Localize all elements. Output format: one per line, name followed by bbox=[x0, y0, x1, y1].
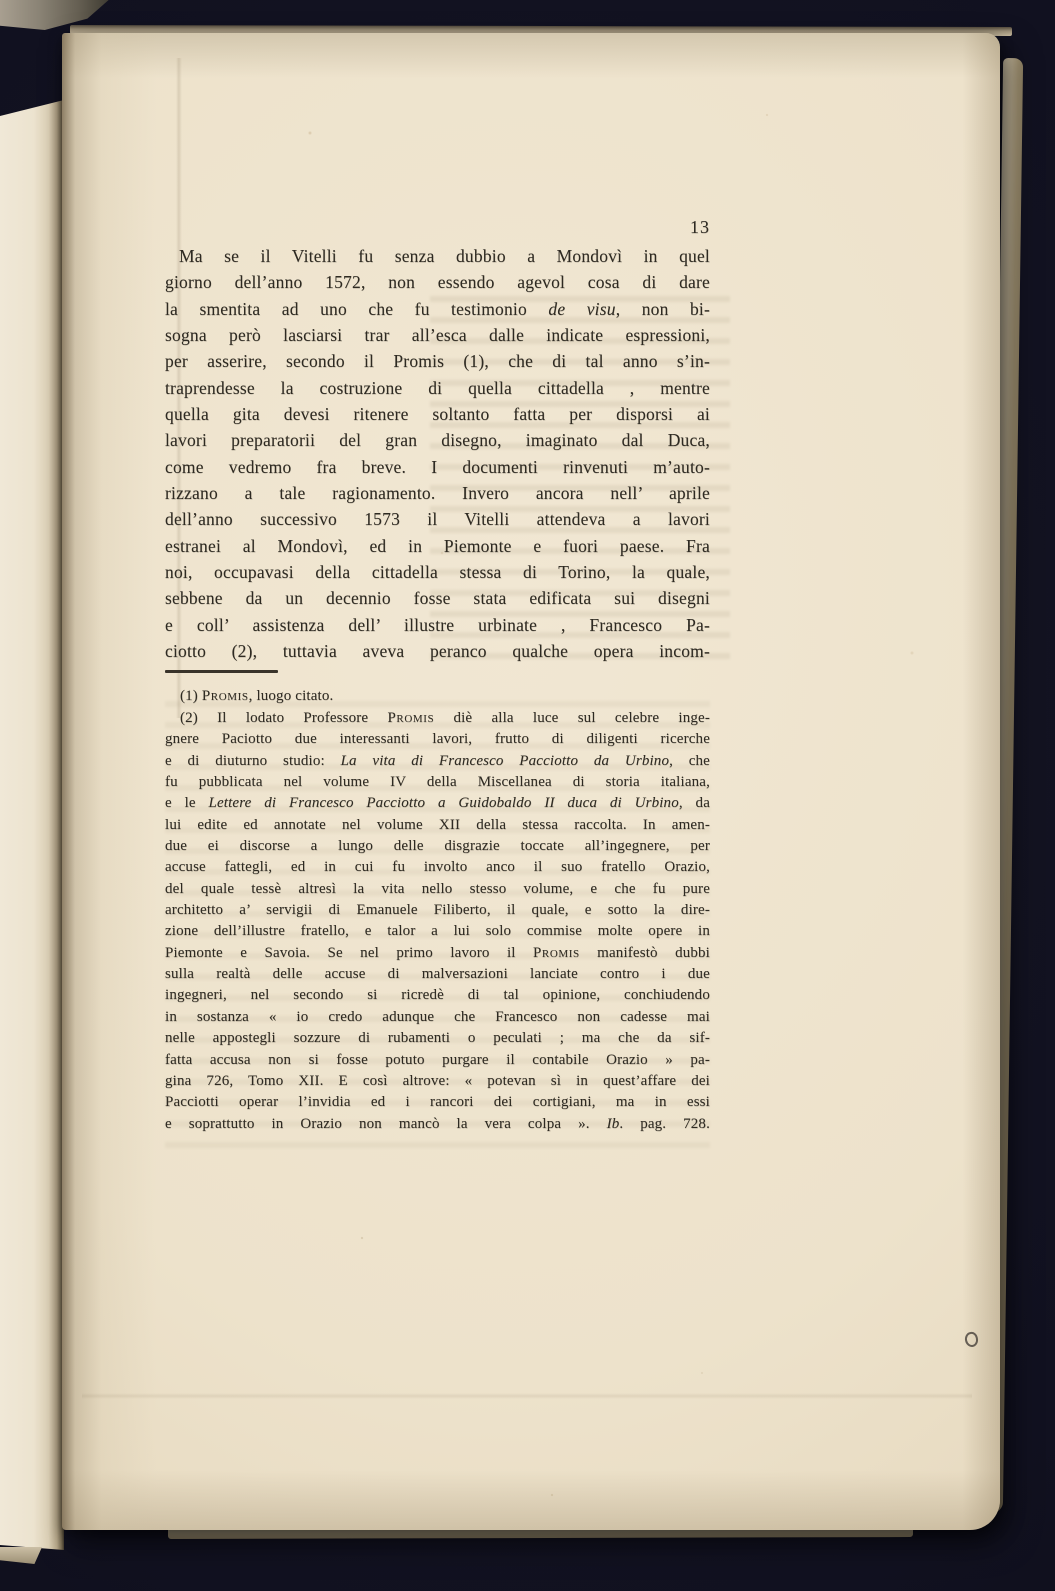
text-segment: per asserire, secondo il Promis (1), che… bbox=[165, 351, 710, 371]
text-segment: (2) Il lodato Professore bbox=[180, 710, 387, 726]
previous-page-bottom-edge bbox=[0, 1547, 42, 1564]
text-line: (2) Il lodato Professore Promis diè alla… bbox=[165, 708, 710, 729]
text-segment: ingegneri, nel secondo si ricredè di tal… bbox=[165, 987, 710, 1003]
text-segment: traprendesse la costruzione di quella ci… bbox=[165, 378, 710, 398]
text-line: come vedremo fra breve. I documenti rinv… bbox=[165, 454, 710, 480]
text-line: fatta accusa non si fosse potuto purgare… bbox=[165, 1050, 710, 1071]
text-line: Piemonte e Savoia. Se nel primo lavoro i… bbox=[165, 943, 710, 964]
text-segment: , da bbox=[679, 795, 710, 811]
text-line: del quale tessè altresì la vita nello st… bbox=[165, 879, 710, 900]
text-segment: gnere Paciotto due interessanti lavori, … bbox=[165, 731, 710, 747]
text-segment: Piemonte e Savoia. Se nel primo lavoro i… bbox=[165, 945, 533, 961]
text-line: Pacciotti operar l’invidia ed i rancori … bbox=[165, 1092, 710, 1113]
text-line: sebbene da un decennio fosse stata edifi… bbox=[165, 585, 710, 611]
text-segment: , che bbox=[669, 753, 710, 769]
footnote-separator bbox=[165, 670, 278, 673]
text-segment: sebbene da un decennio fosse stata edifi… bbox=[165, 588, 710, 608]
text-segment: come vedremo fra breve. I documenti rinv… bbox=[165, 457, 710, 477]
text-line: nelle appostegli sozzure di rubamenti o … bbox=[165, 1028, 710, 1049]
text-segment: fatta accusa non si fosse potuto purgare… bbox=[165, 1052, 710, 1068]
text-segment: . pag. 728. bbox=[619, 1116, 710, 1132]
text-segment: Ib bbox=[607, 1116, 620, 1132]
text-line: fu pubblicata nel volume IV della Miscel… bbox=[165, 772, 710, 793]
text-line: la smentita ad uno che fu testimonio de … bbox=[165, 296, 710, 322]
text-line: e soprattutto in Orazio non mancò la ver… bbox=[165, 1114, 710, 1135]
text-line: giorno dell’anno 1572, non essendo agevo… bbox=[165, 269, 710, 295]
text-segment: del quale tessè altresì la vita nello st… bbox=[165, 881, 710, 897]
text-segment: gina 726, Tomo XII. E così altrove: « po… bbox=[165, 1073, 710, 1089]
text-line: zione dell’illustre fratello, e talor a … bbox=[165, 921, 710, 942]
text-segment: nelle appostegli sozzure di rubamenti o … bbox=[165, 1030, 710, 1046]
text-line: rizzano a tale ragionamento. Invero anco… bbox=[165, 480, 710, 506]
text-segment: , luogo citato. bbox=[249, 688, 334, 704]
text-segment: Ma se il Vitelli fu senza dubbio a Mondo… bbox=[179, 246, 710, 266]
text-segment: Promis bbox=[533, 945, 580, 961]
text-segment: e soprattutto in Orazio non mancò la ver… bbox=[165, 1116, 607, 1132]
text-segment: lavori preparatorii del gran disegno, im… bbox=[165, 430, 710, 450]
text-segment: sogna però lasciarsi trar all’esca dalle… bbox=[165, 325, 710, 345]
text-line: in sostanza « io credo adunque che Franc… bbox=[165, 1007, 710, 1028]
text-segment: accuse fattegli, ed in cui fu involto an… bbox=[165, 859, 710, 875]
scanned-book-photo: 13 Ma se il Vitelli fu senza dubbio a Mo… bbox=[0, 0, 1055, 1591]
text-segment: lui edite ed annotate nel volume XII del… bbox=[165, 817, 710, 833]
text-line: quella gita devesi ritenere soltanto fat… bbox=[165, 401, 710, 427]
text-segment: , non bi- bbox=[616, 299, 710, 319]
main-paragraph: Ma se il Vitelli fu senza dubbio a Mondo… bbox=[165, 243, 710, 665]
footnote-1: (1) Promis, luogo citato. bbox=[165, 686, 710, 707]
text-segment: manifestò dubbi bbox=[580, 945, 710, 961]
stray-ink-mark bbox=[964, 1331, 980, 1348]
text-segment: dell’anno successivo 1573 il Vitelli att… bbox=[165, 509, 710, 529]
text-segment: Pacciotti operar l’invidia ed i rancori … bbox=[165, 1094, 710, 1110]
text-segment: rizzano a tale ragionamento. Invero anco… bbox=[165, 483, 710, 503]
text-segment: in sostanza « io credo adunque che Franc… bbox=[165, 1009, 710, 1025]
text-line: ingegneri, nel secondo si ricredè di tal… bbox=[165, 985, 710, 1006]
text-segment: due ei discorse a lungo delle disgrazie … bbox=[165, 838, 710, 854]
text-segment: Promis bbox=[387, 710, 434, 726]
text-segment: diè alla luce sul celebre inge- bbox=[434, 710, 710, 726]
text-segment: quella gita devesi ritenere soltanto fat… bbox=[165, 404, 710, 424]
text-line: traprendesse la costruzione di quella ci… bbox=[165, 375, 710, 401]
text-line: e di diuturno studio: La vita di Frances… bbox=[165, 751, 710, 772]
book-page: 13 Ma se il Vitelli fu senza dubbio a Mo… bbox=[62, 33, 1000, 1530]
text-segment: la smentita ad uno che fu testimonio bbox=[165, 299, 548, 319]
text-line: Ma se il Vitelli fu senza dubbio a Mondo… bbox=[165, 243, 710, 269]
text-line: (1) Promis, luogo citato. bbox=[165, 686, 710, 707]
text-line: estranei al Mondovì, ed in Piemonte e fu… bbox=[165, 533, 710, 559]
text-segment: La vita di Francesco Pacciotto da Urbino bbox=[341, 753, 670, 769]
horizontal-crease bbox=[82, 1393, 972, 1399]
text-segment: sulla realtà delle accuse di malversazio… bbox=[165, 966, 710, 982]
text-line: noi, occupavasi della cittadella stessa … bbox=[165, 559, 710, 585]
footnote-2: (2) Il lodato Professore Promis diè alla… bbox=[165, 708, 710, 1135]
text-segment: fu pubblicata nel volume IV della Miscel… bbox=[165, 774, 710, 790]
text-line: sulla realtà delle accuse di malversazio… bbox=[165, 964, 710, 985]
text-line: e le Lettere di Francesco Pacciotto a Gu… bbox=[165, 793, 710, 814]
text-segment: de visu bbox=[548, 299, 615, 319]
text-segment: Promis bbox=[202, 688, 249, 704]
previous-page-edge bbox=[0, 100, 64, 1550]
text-line: lavori preparatorii del gran disegno, im… bbox=[165, 427, 710, 453]
text-segment: ciotto (2), tuttavia aveva peranco qualc… bbox=[165, 641, 710, 661]
text-line: gnere Paciotto due interessanti lavori, … bbox=[165, 729, 710, 750]
text-segment: e di diuturno studio: bbox=[165, 753, 341, 769]
text-segment: zione dell’illustre fratello, e talor a … bbox=[165, 923, 710, 939]
text-line: accuse fattegli, ed in cui fu involto an… bbox=[165, 857, 710, 878]
page-number: 13 bbox=[165, 217, 710, 238]
text-segment: estranei al Mondovì, ed in Piemonte e fu… bbox=[165, 536, 710, 556]
text-segment: noi, occupavasi della cittadella stessa … bbox=[165, 562, 710, 582]
text-line: lui edite ed annotate nel volume XII del… bbox=[165, 815, 710, 836]
text-line: dell’anno successivo 1573 il Vitelli att… bbox=[165, 506, 710, 532]
text-segment: (1) bbox=[180, 688, 202, 704]
text-line: ciotto (2), tuttavia aveva peranco qualc… bbox=[165, 638, 710, 664]
text-segment: Lettere di Francesco Pacciotto a Guidoba… bbox=[208, 795, 678, 811]
text-line: architetto a’ servigii di Emanuele Filib… bbox=[165, 900, 710, 921]
text-line: e coll’ assistenza dell’ illustre urbina… bbox=[165, 612, 710, 638]
text-line: due ei discorse a lungo delle disgrazie … bbox=[165, 836, 710, 857]
text-line: gina 726, Tomo XII. E così altrove: « po… bbox=[165, 1071, 710, 1092]
text-segment: giorno dell’anno 1572, non essendo agevo… bbox=[165, 272, 710, 292]
text-segment: architetto a’ servigii di Emanuele Filib… bbox=[165, 902, 710, 918]
text-segment: e le bbox=[165, 795, 208, 811]
text-line: per asserire, secondo il Promis (1), che… bbox=[165, 348, 710, 374]
text-segment: e coll’ assistenza dell’ illustre urbina… bbox=[165, 615, 710, 635]
text-line: sogna però lasciarsi trar all’esca dalle… bbox=[165, 322, 710, 348]
